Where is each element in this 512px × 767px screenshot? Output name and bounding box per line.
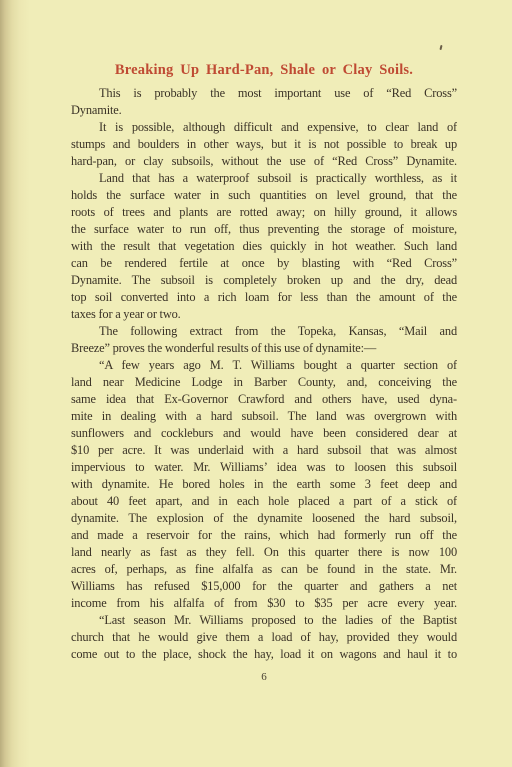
text-line: sunflowers and cockleburs and would have… [71, 425, 457, 442]
text-line: holds the surface water in such quantiti… [71, 187, 457, 204]
text-column: Breaking Up Hard-Pan, Shale or Clay Soil… [71, 62, 457, 663]
page-number: 6 [71, 671, 457, 683]
body-text: This is probably the most important use … [71, 85, 457, 663]
text-line: Breeze” proves the wonderful results of … [71, 340, 457, 357]
text-line: about 40 feet apart, and in each hole pl… [71, 493, 457, 510]
page-title: Breaking Up Hard-Pan, Shale or Clay Soil… [71, 62, 457, 78]
text-line: Williams has refused $15,000 for the qua… [71, 578, 457, 595]
text-line: dynamite. The explosion of the dynamite … [71, 510, 457, 527]
text-line: church that he would give them a load of… [71, 629, 457, 646]
text-line: and made a reservoir for the rains, whic… [71, 527, 457, 544]
text-line: Land that has a waterproof subsoil is pr… [71, 170, 457, 187]
text-line: Dynamite. The subsoil is completely brok… [71, 272, 457, 289]
text-line: “Last season Mr. Williams proposed to th… [71, 612, 457, 629]
scan-speck [439, 45, 442, 50]
text-line: land near Medicine Lodge in Barber Count… [71, 374, 457, 391]
page-edge-shadow [0, 0, 30, 767]
text-line: come out to the place, shock the hay, lo… [71, 646, 457, 663]
text-line: with the result that vegetation dies qui… [71, 238, 457, 255]
text-line: It is possible, although difficult and e… [71, 119, 457, 136]
text-line: top soil converted into a rich loam for … [71, 289, 457, 306]
text-line: hard-pan, or clay subsoils, without the … [71, 153, 457, 170]
text-line: This is probably the most important use … [71, 85, 457, 102]
text-line: stumps and boulders in other ways, but i… [71, 136, 457, 153]
text-line: Dynamite. [71, 102, 457, 119]
text-line: land nearly as fast as they fell. On thi… [71, 544, 457, 561]
book-page: Breaking Up Hard-Pan, Shale or Clay Soil… [0, 0, 512, 767]
text-line: same idea that Ex-Governor Crawford and … [71, 391, 457, 408]
text-line: $10 per acre. It was underlaid with a ha… [71, 442, 457, 459]
text-line: taxes for a year or two. [71, 306, 457, 323]
text-line: can be rendered fertile at once by blast… [71, 255, 457, 272]
text-line: with dynamite. He bored holes in the ear… [71, 476, 457, 493]
text-line: The following extract from the Topeka, K… [71, 323, 457, 340]
text-line: “A few years ago M. T. Williams bought a… [71, 357, 457, 374]
text-line: the surface water to run off, thus preve… [71, 221, 457, 238]
text-line: impervious to water. Mr. Williams’ idea … [71, 459, 457, 476]
text-line: income from his alfalfa of from $30 to $… [71, 595, 457, 612]
text-line: mite in dealing with a hard subsoil. The… [71, 408, 457, 425]
text-line: acres of, perhaps, as fine alfalfa as ca… [71, 561, 457, 578]
text-line: roots of trees and plants are rotted awa… [71, 204, 457, 221]
